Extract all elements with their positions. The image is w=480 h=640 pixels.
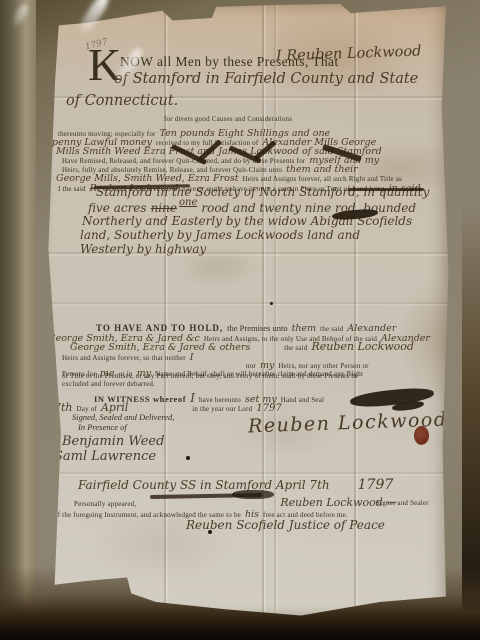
script-fragment-struck: nine <box>151 201 177 215</box>
fold-crease-horizontal <box>36 302 450 304</box>
crossed-out-text <box>348 188 424 191</box>
opening-script-line2: of Stamford in Fairfield County and Stat… <box>114 71 418 87</box>
ink-dot <box>208 530 212 534</box>
script-fragment: Reuben Lockwood <box>311 340 413 353</box>
witness-signature-1: Benjamin Weed <box>62 434 164 449</box>
witness-signature-2: Saml Lawrence <box>54 449 156 464</box>
script-fragment: 1797 <box>358 477 394 493</box>
script-fragment: I <box>190 352 194 363</box>
land-description-line: Westerly by highway <box>80 242 206 256</box>
opening-script-line3: of Connecticut. <box>66 93 178 109</box>
printed-fragment: the said <box>284 344 307 352</box>
land-description-line: land, Southerly by James Lockwoods land … <box>80 228 360 242</box>
habendum-line: excluded and forever debarred. <box>62 380 155 388</box>
ink-dot <box>186 456 190 460</box>
script-fragment: rood and twenty nine rod, bounded <box>201 201 416 215</box>
ink-dot <box>270 302 273 305</box>
ink-smear <box>232 490 274 499</box>
justice-signature: Reuben Scofield Justice of Peace <box>186 518 385 532</box>
habendum-line: or Title to the Premises, or any Part th… <box>62 372 358 380</box>
printed-fragment: I the said <box>58 185 86 193</box>
wax-stain <box>414 426 429 445</box>
signer-sealer-label: Signer and Sealer <box>376 499 429 507</box>
display-case-molding <box>0 0 36 640</box>
printed-fragment: Hand and Seal <box>281 396 324 404</box>
deed-document-paper: 1797 K NOW all Men by these Presents, Th… <box>36 2 450 618</box>
script-fragment: 7th <box>54 401 73 414</box>
script-fragment: 1797 <box>256 403 281 414</box>
script-fragment: five acres <box>88 201 147 215</box>
consideration-heading: for divers good Causes and Consideration… <box>164 115 292 123</box>
presence-line2: In Presence of <box>78 422 127 432</box>
printed-fragment: Heirs and Assigns forever, so that neith… <box>62 354 186 362</box>
presence-line1: Signed, Sealed and Delivered, <box>72 412 174 422</box>
script-fragment-inserted: one <box>179 197 197 208</box>
printed-fragment: in the year our Lord <box>192 405 252 413</box>
fold-crease-horizontal <box>36 472 450 474</box>
script-fragment: Fairfield County SS in Stamford April 7t… <box>78 478 330 492</box>
opening-grantor-name: I Reuben Lockwood <box>276 43 422 64</box>
